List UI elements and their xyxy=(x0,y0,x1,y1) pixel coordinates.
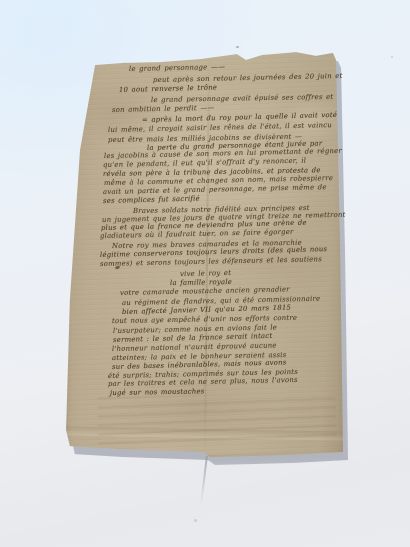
manuscript-line: gladiateurs où il faudrait tuer, on se f… xyxy=(100,229,294,240)
manuscript-line: ses complices fut sacrifié xyxy=(103,195,200,204)
backdrop-speck xyxy=(391,56,393,58)
backdrop-speck xyxy=(236,46,239,48)
manuscript-line: vive le roy et xyxy=(180,270,231,278)
backdrop-speck xyxy=(194,519,197,522)
manuscript-line: le grand personnage avait épuisé ses cof… xyxy=(151,94,333,104)
manuscript-line: la famille royale xyxy=(170,279,232,287)
manuscript-photo: le grand personnage ——peut après son ret… xyxy=(0,0,410,547)
manuscript-line: peut après son retour les journées des 2… xyxy=(153,73,343,84)
manuscript-line: le grand personnage —— xyxy=(129,64,225,73)
manuscript-line: par les traitres et cela ne sera plus, n… xyxy=(108,377,298,388)
manuscript-line: jugé sur nos moustaches xyxy=(110,388,205,397)
manuscript-line: son ambition le perdit —— xyxy=(112,105,215,114)
manuscript-line: 10 aout renverse le trône xyxy=(119,84,217,93)
